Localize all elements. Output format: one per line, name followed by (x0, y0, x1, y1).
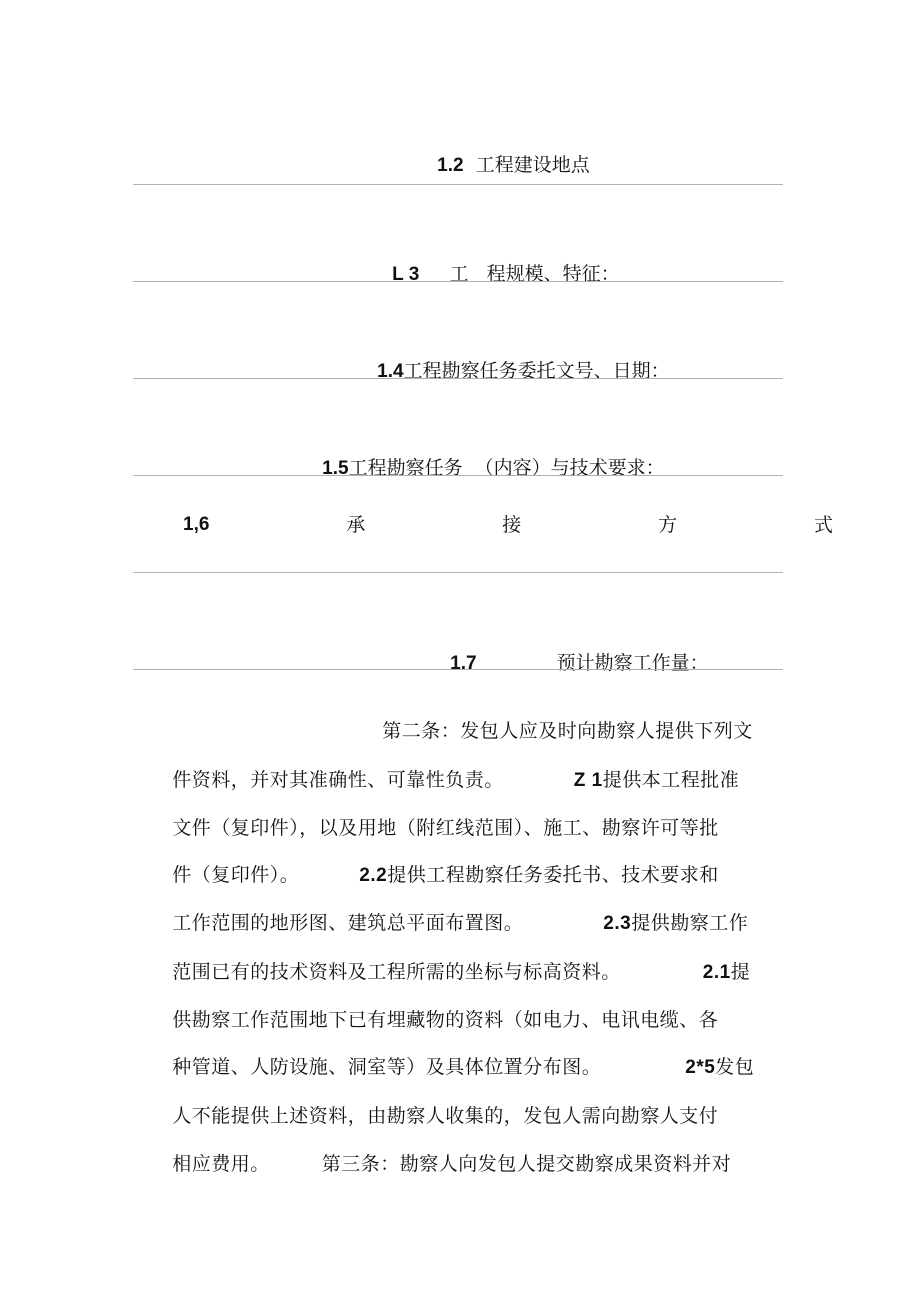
body-line: 人不能提供上述资料，由勘察人收集的，发包人需向勘察人支付 (133, 1071, 793, 1101)
heading-text: 工程建设地点 (476, 154, 590, 176)
heading-number: 1.7 (450, 653, 476, 674)
body-text: 相应费用。 (172, 1153, 270, 1175)
body-line: 范围已有的技术资料及工程所需的坐标与标高资料。2.1提 (133, 927, 793, 957)
body-line: 件资料，并对其准确性、可靠性负责。Z 1提供本工程批准 (133, 735, 793, 765)
heading-number: 1.2 (437, 155, 463, 176)
divider-rule (133, 475, 783, 476)
body-line: 供勘察工作范围地下已有埋藏物的资料（如电力、电讯电缆、各 (133, 975, 793, 1005)
heading-1-6: 1,6 承 接 方 式 (133, 505, 845, 545)
heading-char: 方 (658, 505, 677, 545)
divider-rule (133, 184, 783, 185)
heading-number: 1,6 (183, 505, 209, 545)
divider-rule (133, 378, 783, 379)
divider-rule (133, 281, 783, 282)
body-line: 件（复印件）。2.2提供工程勘察任务委托书、技术要求和 (133, 830, 793, 860)
heading-1-7: 1.7预计勘察工作量： (133, 603, 920, 643)
heading-char: 承 (346, 505, 365, 545)
heading-1-2: 1.2 工程建设地点 (133, 105, 920, 145)
body-line: 第二条：发包人应及时向勘察人提供下列文 (133, 686, 920, 716)
heading-1-5: 1.5工程勘察任务 （内容）与技术要求： (133, 408, 920, 448)
divider-rule (133, 669, 783, 670)
heading-text: 预计勘察工作量： (557, 652, 709, 674)
document-page: 1.2 工程建设地点 L 3 工 程规模、特征： 1.4工程勘察任务委托文号、日… (0, 0, 920, 1303)
heading-char: 式 (814, 505, 833, 545)
heading-1-4: 1.4工程勘察任务委托文号、日期： (133, 311, 920, 351)
heading-1-3: L 3 工 程规模、特征： (133, 214, 920, 254)
body-line: 相应费用。第三条：勘察人向发包人提交勘察成果资料并对 (133, 1119, 793, 1149)
body-line: 种管道、人防设施、洞室等）及具体位置分布图。2*5发包 (133, 1022, 793, 1052)
body-line: 文件（复印件），以及用地（附红线范围）、施工、勘察许可等批 (133, 783, 793, 813)
body-text: 第三条：勘察人向发包人提交勘察成果资料并对 (322, 1153, 732, 1175)
divider-rule (133, 572, 783, 573)
heading-char: 接 (502, 505, 521, 545)
body-line: 工作范围的地形图、建筑总平面布置图。2.3提供勘察工作 (133, 878, 793, 908)
